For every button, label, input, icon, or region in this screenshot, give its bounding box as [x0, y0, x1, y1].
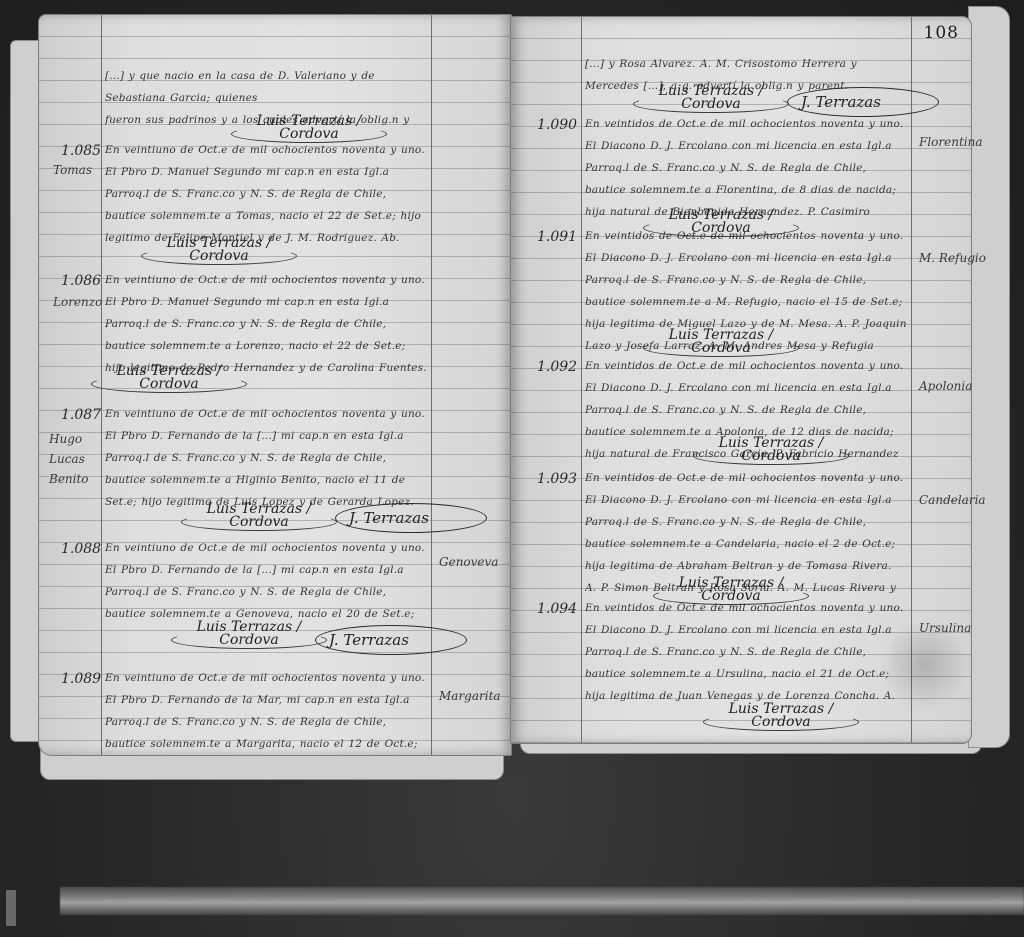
entry-number: 1.092 — [537, 359, 577, 375]
baptized-name: Tomas — [53, 163, 92, 177]
entry-number: 1.093 — [537, 471, 577, 487]
priest-signature: Luis Terrazas / Cordova — [651, 85, 771, 111]
entry-text: En veintidos de Oct.e de mil ochocientos… — [585, 597, 907, 707]
entry-number: 1.085 — [61, 143, 101, 159]
baptized-name: Florentina — [919, 135, 983, 149]
priest-signature: Luis Terrazas / Cordova — [109, 365, 229, 391]
entry-text: En veintiuno de Oct.e de mil ochocientos… — [105, 403, 427, 513]
priest-signature: Luis Terrazas / Cordova — [199, 503, 319, 529]
priest-signature: Luis Terrazas / Cordova — [249, 115, 369, 141]
priest-signature: Luis Terrazas / Cordova — [711, 437, 831, 463]
margin-rule — [581, 17, 582, 743]
entry-number: 1.086 — [61, 273, 101, 289]
left-page: [...] y que nacio en la casa de D. Valer… — [38, 14, 512, 756]
baptized-name: Candelaria — [919, 493, 986, 507]
baptized-name: Hugo Lucas Benito — [49, 429, 105, 489]
entry-number: 1.094 — [537, 601, 577, 617]
entry-text: En veintiuno de Oct.e de mil ochocientos… — [105, 537, 427, 625]
priest-signature: Luis Terrazas / Cordova — [661, 329, 781, 355]
priest-signature: Luis Terrazas / Cordova — [159, 237, 279, 263]
entry-number: 1.089 — [61, 671, 101, 687]
second-signature: J. Terrazas — [329, 631, 409, 649]
page-stack-right — [968, 6, 1010, 748]
entry-text: En veintiuno de Oct.e de mil ochocientos… — [105, 139, 427, 249]
entry-number: 1.091 — [537, 229, 577, 245]
entry-number: 1.090 — [537, 117, 577, 133]
baptized-name: Lorenzo — [53, 295, 102, 309]
scanner-light-strip — [60, 887, 1024, 915]
baptized-name: Genoveva — [439, 555, 498, 569]
second-signature: J. Terrazas — [801, 93, 881, 111]
register-book: [...] y que nacio en la casa de D. Valer… — [0, 0, 1024, 800]
second-signature: J. Terrazas — [349, 509, 429, 527]
baptized-name: Margarita — [439, 689, 501, 703]
scanner-edge-mark — [6, 890, 16, 926]
entry-number: 1.088 — [61, 541, 101, 557]
entry-text: En veintiuno de Oct.e de mil ochocientos… — [105, 667, 427, 755]
page-number: 108 — [924, 23, 959, 43]
entry-number: 1.087 — [61, 407, 101, 423]
priest-signature: Luis Terrazas / Cordova — [189, 621, 309, 647]
priest-signature: Luis Terrazas / Cordova — [721, 703, 841, 729]
baptized-name: M. Refugio — [919, 251, 986, 265]
paper-stain — [880, 620, 970, 710]
baptized-name: Apolonia — [919, 379, 972, 393]
